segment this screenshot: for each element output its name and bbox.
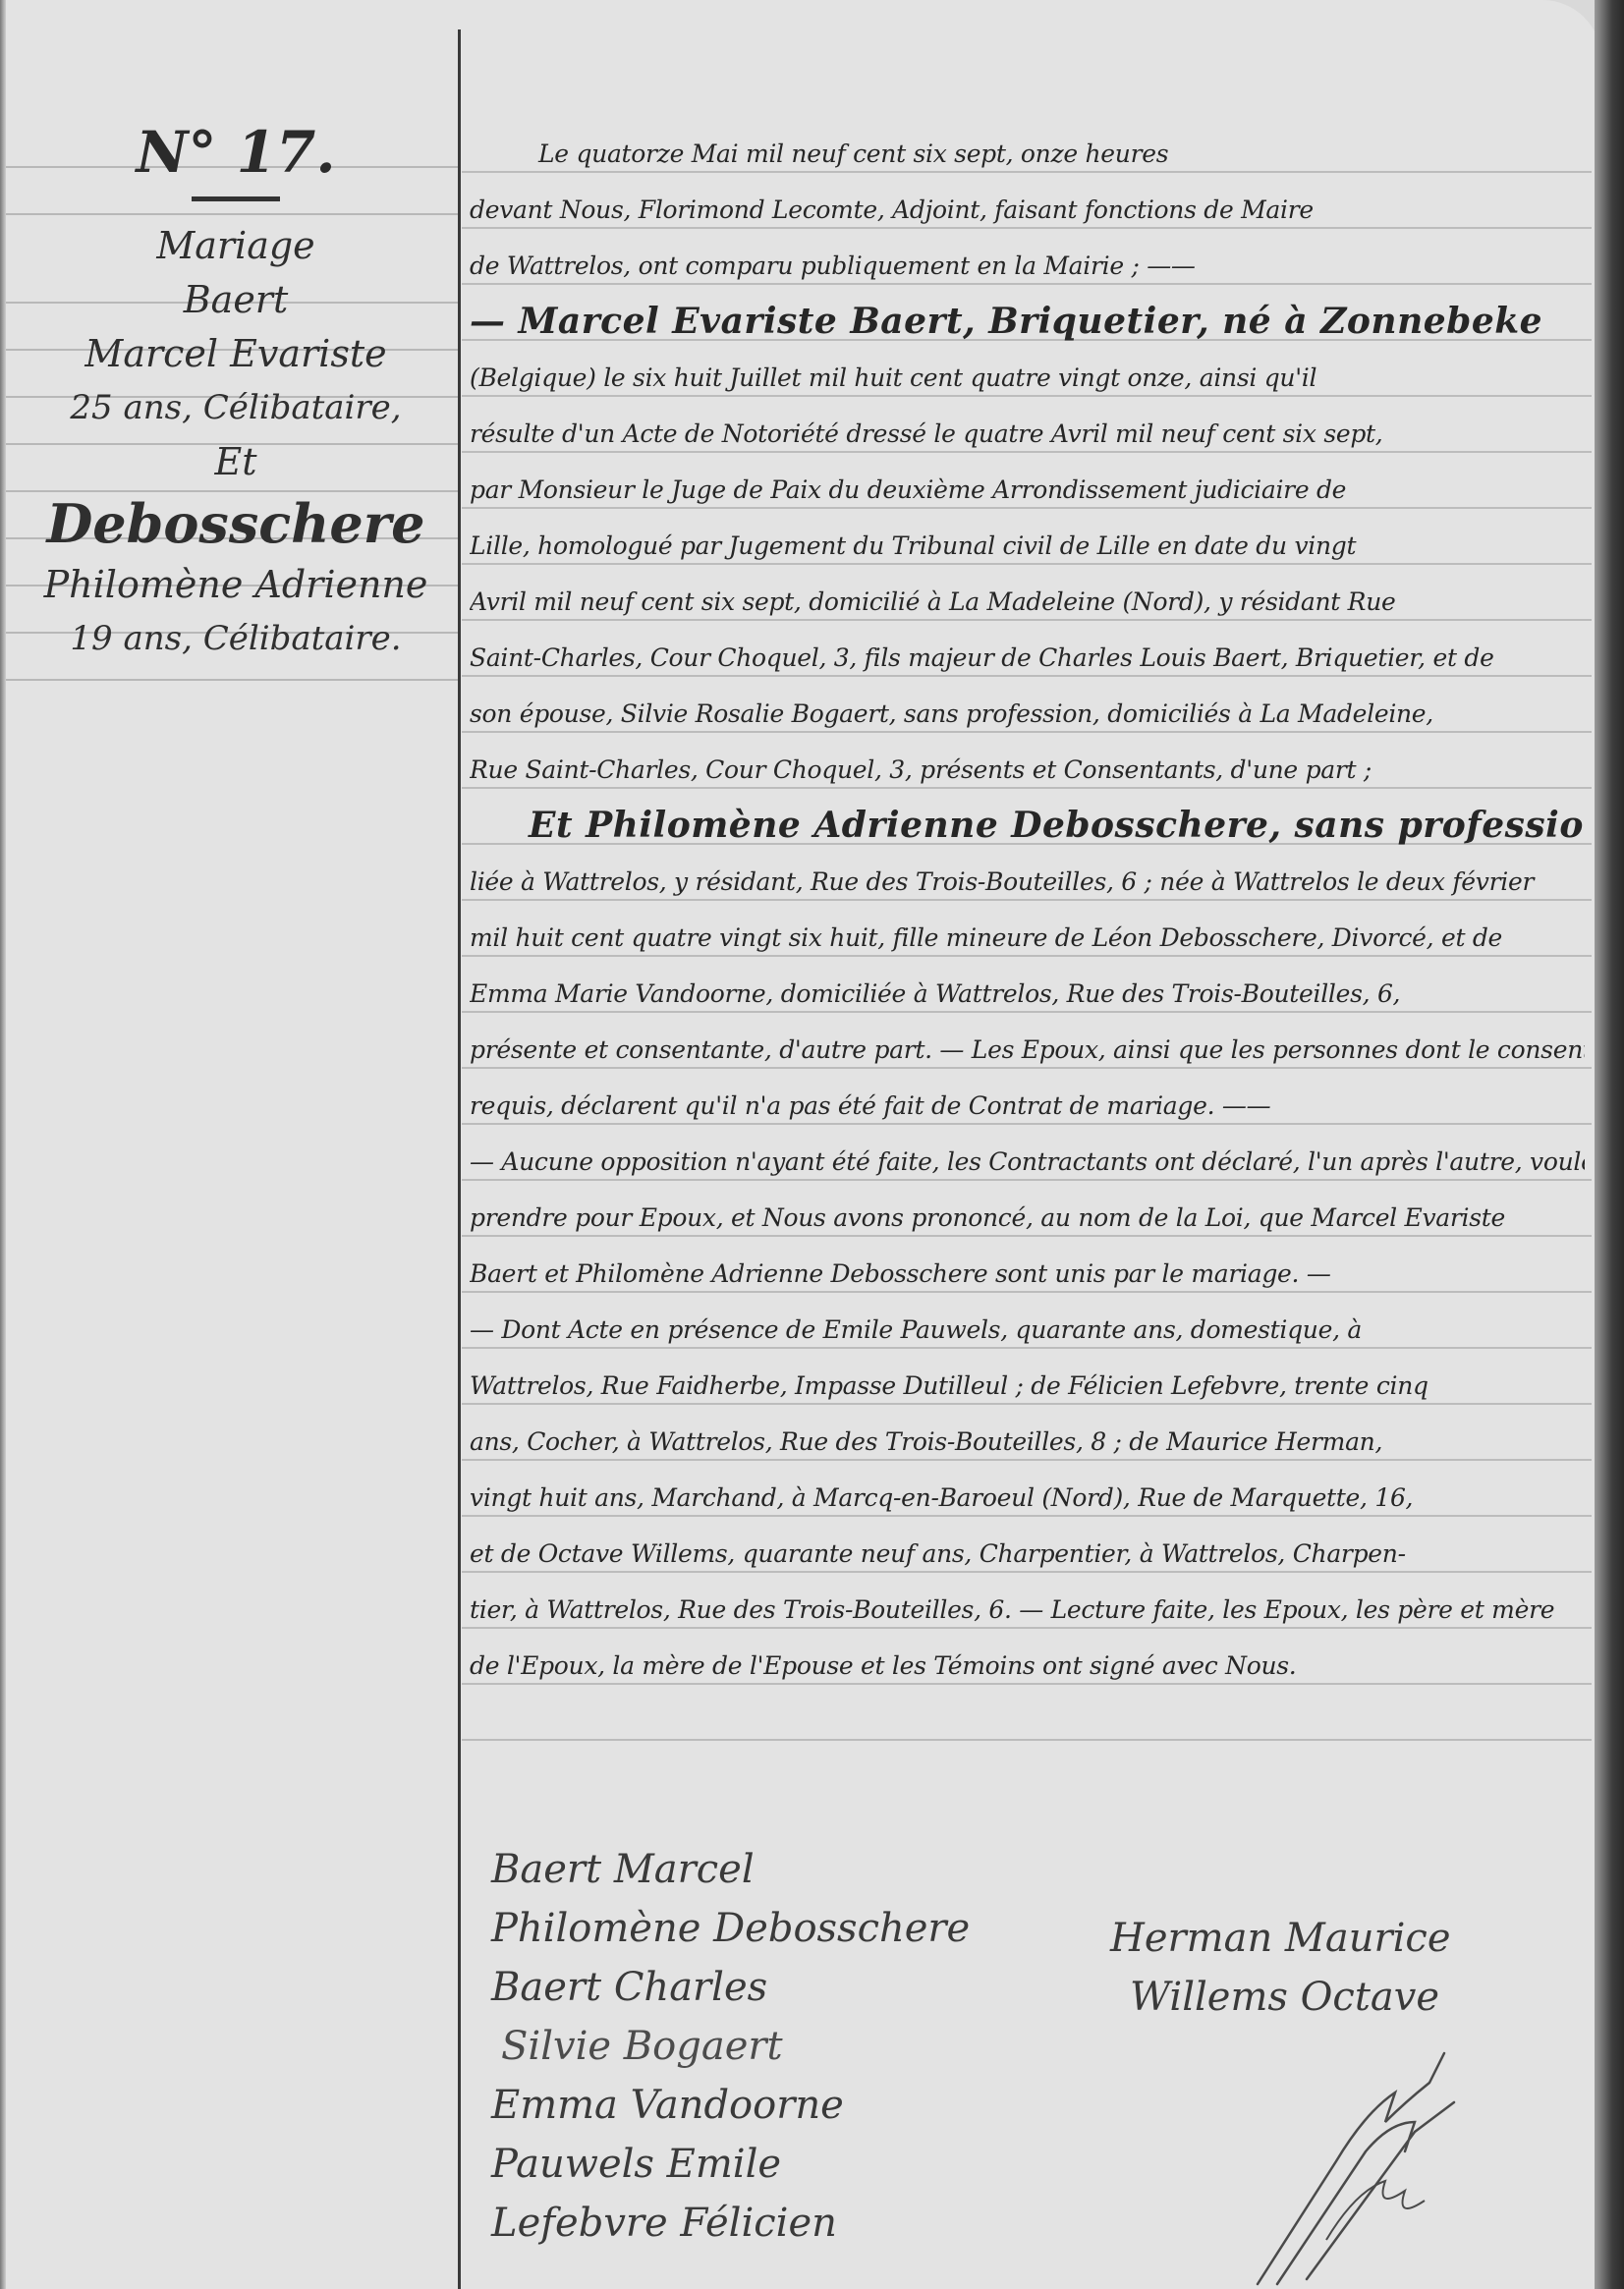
body-line: Avril mil neuf cent six sept, domicilié … bbox=[470, 574, 1585, 630]
body-line: de Wattrelos, ont comparu publiquement e… bbox=[470, 238, 1585, 294]
signature-groom-mother: Silvie Bogaert bbox=[501, 2024, 783, 2069]
body-line: (Belgique) le six huit Juillet mil huit … bbox=[470, 350, 1585, 406]
body-line: présente et consentante, d'autre part. —… bbox=[470, 1022, 1585, 1078]
margin-bride-age-status: 19 ans, Célibataire. bbox=[20, 612, 452, 666]
margin-divider bbox=[458, 29, 461, 2289]
body-line: vingt huit ans, Marchand, à Marcq-en-Bar… bbox=[470, 1470, 1585, 1526]
act-number: N° 17. bbox=[20, 118, 452, 187]
register-binding-shadow bbox=[1595, 0, 1624, 2289]
margin-groom-given-names: Marcel Evariste bbox=[20, 327, 452, 381]
body-line: Le quatorze Mai mil neuf cent six sept, … bbox=[470, 126, 1585, 182]
body-line: devant Nous, Florimond Lecomte, Adjoint,… bbox=[470, 182, 1585, 238]
body-line: mil huit cent quatre vingt six huit, fil… bbox=[470, 910, 1585, 966]
signature-groom-father: Baert Charles bbox=[491, 1965, 767, 2010]
margin-act-type: Mariage bbox=[20, 219, 452, 273]
body-line-groom-name: — Marcel Evariste Baert, Briquetier, né … bbox=[470, 294, 1585, 350]
margin-summary: N° 17. Mariage Baert Marcel Evariste 25 … bbox=[20, 118, 452, 666]
body-line: Lille, homologué par Jugement du Tribuna… bbox=[470, 518, 1585, 574]
signature-bride: Philomène Debosschere bbox=[491, 1906, 970, 1951]
margin-groom-age-status: 25 ans, Célibataire, bbox=[20, 381, 452, 435]
body-line: Wattrelos, Rue Faidherbe, Impasse Dutill… bbox=[470, 1358, 1585, 1414]
signature-witness-herman: Herman Maurice bbox=[1110, 1916, 1450, 1961]
body-line: son épouse, Silvie Rosalie Bogaert, sans… bbox=[470, 686, 1585, 742]
officiant-signature-flourish bbox=[1218, 2043, 1474, 2289]
body-line-bride-name: Et Philomène Adrienne Debosschere, sans … bbox=[470, 798, 1585, 854]
margin-groom-surname: Baert bbox=[20, 273, 452, 327]
body-line: et de Octave Willems, quarante neuf ans,… bbox=[470, 1526, 1585, 1582]
body-line: Baert et Philomène Adrienne Debosschere … bbox=[470, 1246, 1585, 1302]
body-line: Saint-Charles, Cour Choquel, 3, fils maj… bbox=[470, 630, 1585, 686]
margin-conjunction: Et bbox=[20, 435, 452, 489]
margin-bride-given-names: Philomène Adrienne bbox=[20, 558, 452, 612]
register-page: N° 17. Mariage Baert Marcel Evariste 25 … bbox=[0, 0, 1601, 2289]
signature-bride-mother: Emma Vandoorne bbox=[491, 2083, 844, 2128]
act-number-underline bbox=[192, 196, 280, 201]
body-line: Emma Marie Vandoorne, domiciliée à Wattr… bbox=[470, 966, 1585, 1022]
signature-witness-willems: Willems Octave bbox=[1130, 1975, 1439, 2020]
body-line: par Monsieur le Juge de Paix du deuxième… bbox=[470, 462, 1585, 518]
margin-bride-surname: Debosschere bbox=[20, 489, 452, 558]
body-line: de l'Epoux, la mère de l'Epouse et les T… bbox=[470, 1638, 1585, 1694]
body-line: — Dont Acte en présence de Emile Pauwels… bbox=[470, 1302, 1585, 1358]
body-line: — Aucune opposition n'ayant été faite, l… bbox=[470, 1134, 1585, 1190]
signature-witness-pauwels: Pauwels Emile bbox=[491, 2142, 781, 2187]
signature-groom: Baert Marcel bbox=[491, 1847, 755, 1892]
body-line: Rue Saint-Charles, Cour Choquel, 3, prés… bbox=[470, 742, 1585, 798]
body-line: tier, à Wattrelos, Rue des Trois-Bouteil… bbox=[470, 1582, 1585, 1638]
body-line: liée à Wattrelos, y résidant, Rue des Tr… bbox=[470, 854, 1585, 910]
body-line: requis, déclarent qu'il n'a pas été fait… bbox=[470, 1078, 1585, 1134]
body-line: ans, Cocher, à Wattrelos, Rue des Trois-… bbox=[470, 1414, 1585, 1470]
signature-witness-lefebvre: Lefebvre Félicien bbox=[491, 2201, 837, 2246]
body-line: prendre pour Epoux, et Nous avons pronon… bbox=[470, 1190, 1585, 1246]
act-body: Le quatorze Mai mil neuf cent six sept, … bbox=[470, 126, 1585, 1694]
body-line: résulte d'un Acte de Notoriété dressé le… bbox=[470, 406, 1585, 462]
